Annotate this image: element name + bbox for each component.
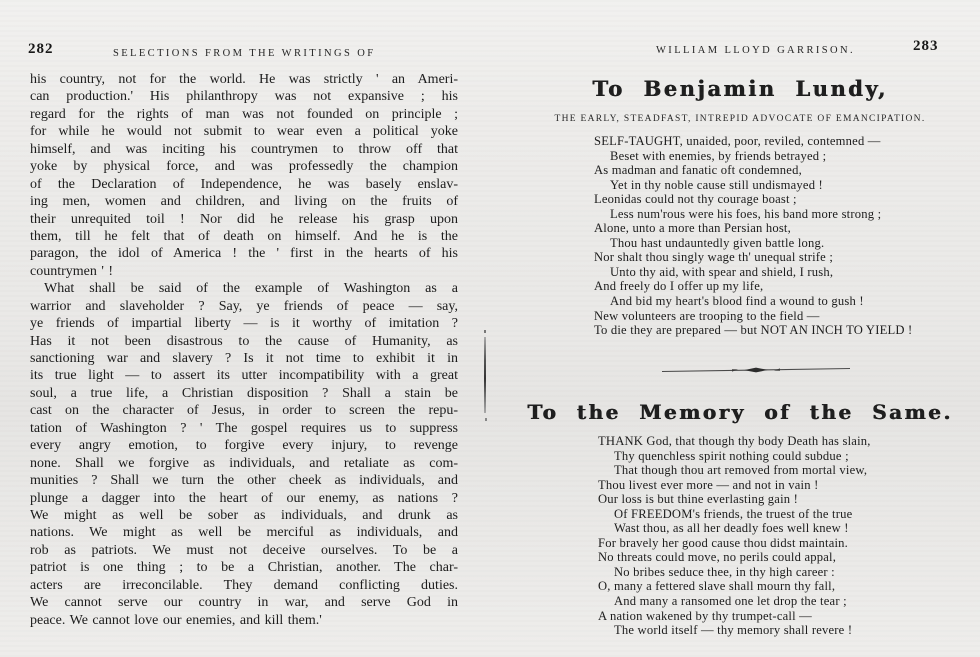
poem-line: Nor shalt thou singly wage th' unequal s… xyxy=(594,250,939,265)
prose-line: himself, and was inciting his countrymen… xyxy=(30,141,458,158)
prose-line: nations. We might as well be merciful as… xyxy=(30,524,458,541)
prose-line: of the Declaration of Independence, he w… xyxy=(30,176,458,193)
poem1-dedication: THE EARLY, STEADFAST, INTREPID ADVOCATE … xyxy=(520,114,960,124)
prose-line: regard for the rights of man was not fou… xyxy=(30,106,458,123)
prose-line: can production.' His philanthropy was no… xyxy=(30,88,458,105)
prose-line: acters are irreconcilable. They demand c… xyxy=(30,577,458,594)
poem-line: Alone, unto a more than Persian host, xyxy=(594,221,939,236)
prose-line: them, till he felt that of death on hims… xyxy=(30,228,458,245)
poem-line: Thou hast undauntedly given battle long. xyxy=(594,236,939,251)
prose-line: sanctioning war and slavery ? Is it not … xyxy=(30,350,458,367)
poem1-heading: To Benjamin Lundy, xyxy=(520,76,960,101)
poem-line: That though thou art removed from mortal… xyxy=(598,463,943,478)
prose-text: his country, not for the world. He was s… xyxy=(30,71,458,629)
poem-line: New volunteers are trooping to the field… xyxy=(594,309,939,324)
poem2-heading: To the Memory of the Same. xyxy=(520,400,960,424)
poem-line: Wast thou, as all her deadly foes well k… xyxy=(598,521,943,536)
poem2-title: To the Memory of the Same. xyxy=(527,400,952,424)
prose-line: soul, a true life, a Christian dispositi… xyxy=(30,385,458,402)
poem-line: Thou livest ever more — and not in vain … xyxy=(598,478,943,493)
poem-line: THANK God, that though thy body Death ha… xyxy=(598,434,943,449)
prose-line: its true light — to assert its utter inc… xyxy=(30,367,458,384)
poem-line: As madman and fanatic oft condemned, xyxy=(594,163,939,178)
left-running-header: SELECTIONS FROM THE WRITINGS OF xyxy=(113,48,375,59)
prose-line: peace. We cannot love our enemies, and k… xyxy=(30,612,458,629)
poem-line: SELF-TAUGHT, unaided, poor, reviled, con… xyxy=(594,134,939,149)
poem-line: Yet in thy noble cause still undismayed … xyxy=(594,178,939,193)
prose-line: yoke by physical force, and was professe… xyxy=(30,158,458,175)
gutter-speck xyxy=(485,418,487,421)
book-scan: 282 SELECTIONS FROM THE WRITINGS OF his … xyxy=(0,0,980,657)
prose-line: munities ? Shall we turn the other cheek… xyxy=(30,472,458,489)
poem-line: Thy quenchless spirit nothing could subd… xyxy=(598,449,943,464)
prose-line: warrior and slaveholder ? Say, ye friend… xyxy=(30,298,458,315)
prose-line: their unrequited toil ! Nor did he relea… xyxy=(30,211,458,228)
poem-line: No bribes seduce thee, in thy high caree… xyxy=(598,565,943,580)
prose-line: We cannot serve our country in war, and … xyxy=(30,594,458,611)
left-page-number: 282 xyxy=(28,41,54,58)
poem-line: No threats could move, no perils could a… xyxy=(598,550,943,565)
prose-line: tation of Washington ? ' The gospel requ… xyxy=(30,420,458,437)
poem-line: And freely do I offer up my life, xyxy=(594,279,939,294)
prose-line: We might as well be sober as individuals… xyxy=(30,507,458,524)
poem1-body: SELF-TAUGHT, unaided, poor, reviled, con… xyxy=(594,134,939,338)
poem-line: Our loss is but thine everlasting gain ! xyxy=(598,492,943,507)
gutter-speck xyxy=(484,330,486,333)
poem-line: Leonidas could not thy courage boast ; xyxy=(594,192,939,207)
poem-line: A nation wakened by thy trumpet-call — xyxy=(598,609,943,624)
divider-rule-icon xyxy=(662,365,850,375)
poem-line: And many a ransomed one let drop the tea… xyxy=(598,594,943,609)
prose-line: Has it not been disastrous to the cause … xyxy=(30,333,458,350)
prose-line: ye friends of impartial liberty — is it … xyxy=(30,315,458,332)
poem1-title: To Benjamin Lundy, xyxy=(592,76,887,101)
poem-line: The world itself — thy memory shall reve… xyxy=(598,623,943,638)
prose-line: rob as patriots. We must not deceive our… xyxy=(30,542,458,559)
poem-line: And bid my heart's blood find a wound to… xyxy=(594,294,939,309)
poem-line: Beset with enemies, by friends betrayed … xyxy=(594,149,939,164)
prose-line: paragon, the idol of America ! the ' fir… xyxy=(30,245,458,262)
prose-line: his country, not for the world. He was s… xyxy=(30,71,458,88)
prose-line: none. Shall we forgive as individuals, a… xyxy=(30,455,458,472)
gutter-shadow xyxy=(484,337,486,413)
right-page-number: 283 xyxy=(913,38,939,55)
prose-line: plunge a dagger into the heart of our en… xyxy=(30,490,458,507)
poem-line: Of FREEDOM's friends, the truest of the … xyxy=(598,507,943,522)
prose-line: patriot is one thing ; to be a Christian… xyxy=(30,559,458,576)
prose-line: What shall be said of the example of Was… xyxy=(30,280,458,297)
prose-line: cast on the character of Jesus, in order… xyxy=(30,402,458,419)
right-running-header: WILLIAM LLOYD GARRISON. xyxy=(656,45,855,56)
prose-line: ing men, women and children, and living … xyxy=(30,193,458,210)
prose-line: countrymen ' ! xyxy=(30,263,458,280)
poem-line: To die they are prepared — but NOT AN IN… xyxy=(594,323,939,338)
section-divider xyxy=(662,362,850,380)
poem-line: O, many a fettered slave shall mourn thy… xyxy=(598,579,943,594)
prose-line: every angry emotion, to forgive every in… xyxy=(30,437,458,454)
poem-line: Less num'rous were his foes, his band mo… xyxy=(594,207,939,222)
poem-line: For bravely her good cause thou didst ma… xyxy=(598,536,943,551)
poem2-body: THANK God, that though thy body Death ha… xyxy=(598,434,943,638)
poem-line: Unto thy aid, with spear and shield, I r… xyxy=(594,265,939,280)
prose-line: for while he would not submit to wear ev… xyxy=(30,123,458,140)
